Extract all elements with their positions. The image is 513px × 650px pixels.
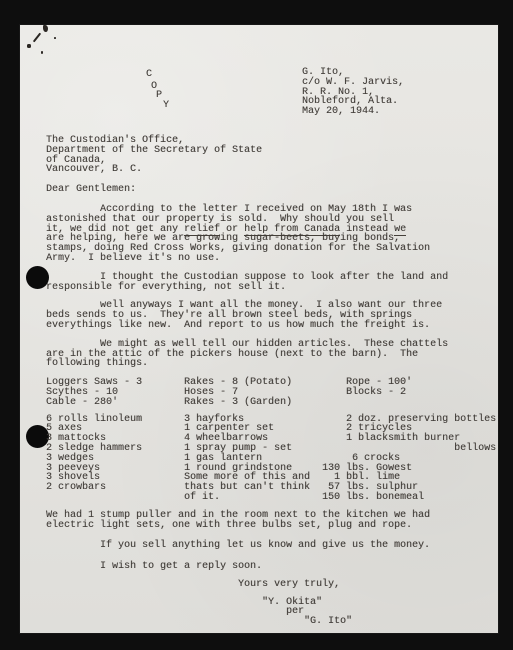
- paragraph-5: We had 1 stump puller and in the room ne…: [46, 511, 498, 531]
- paper: C O P Y G. Ito, c/o W. F. Jarvis, R. R. …: [20, 25, 498, 633]
- text-line: Department of the Secretary of State: [46, 146, 498, 156]
- inventory-row: of it. 150 lbs. bonemeal: [46, 493, 498, 503]
- signature-block: "Y. Okita" per "G. Ito": [46, 598, 498, 627]
- dust-speck: [41, 51, 43, 54]
- dust-speck: [27, 44, 31, 48]
- letter-body: The Custodian's Office, Department of th…: [46, 136, 498, 627]
- signature-writer: "G. Ito": [46, 617, 498, 627]
- text-line: responsible for everything, not sell it.: [46, 283, 498, 293]
- inventory-row: Cable - 280' Rakes - 3 (Garden): [46, 398, 498, 408]
- sender-address: G. Ito, c/o W. F. Jarvis, R. R. No. 1, N…: [302, 68, 404, 117]
- inventory-list-tools: Loggers Saws - 3 Rakes - 8 (Potato) Rope…: [46, 378, 498, 407]
- paragraph-1: According to the letter I received on Ma…: [46, 205, 498, 264]
- dust-speck: [43, 25, 48, 32]
- closing: Yours very truly,: [46, 580, 498, 590]
- letter-date: May 20, 1944.: [302, 107, 404, 117]
- recipient-address: The Custodian's Office, Department of th…: [46, 136, 498, 175]
- paragraph-3: well anyways I want all the money. I als…: [46, 301, 498, 330]
- text-line: electric light sets, one with three bulb…: [46, 521, 498, 531]
- paragraph-6: If you sell anything let us know and giv…: [46, 541, 498, 551]
- paragraph-7: I wish to get a reply soon.: [46, 562, 498, 572]
- dust-speck: [33, 33, 41, 43]
- copy-marker: C: [146, 69, 152, 80]
- scan-background: { "colors": { "paper": "#e6e5e1", "ink":…: [0, 0, 513, 650]
- salutation: Dear Gentlemen:: [46, 185, 498, 195]
- paragraph-4: We might as well tell our hidden article…: [46, 340, 498, 369]
- text-line: following things.: [46, 359, 498, 369]
- copy-marker: Y: [163, 100, 169, 111]
- text-line: Vancouver, B. C.: [46, 165, 498, 175]
- copy-marker: P: [156, 90, 162, 101]
- inventory-list-goods: 6 rolls linoleum 3 hayforks 2 doz. prese…: [46, 415, 498, 503]
- paragraph-2: I thought the Custodian suppose to look …: [46, 273, 498, 293]
- text-line: everythings like new. And report to us h…: [46, 321, 498, 331]
- dust-speck: [54, 37, 56, 39]
- text-line: Army. I believe it's no use.: [46, 254, 498, 264]
